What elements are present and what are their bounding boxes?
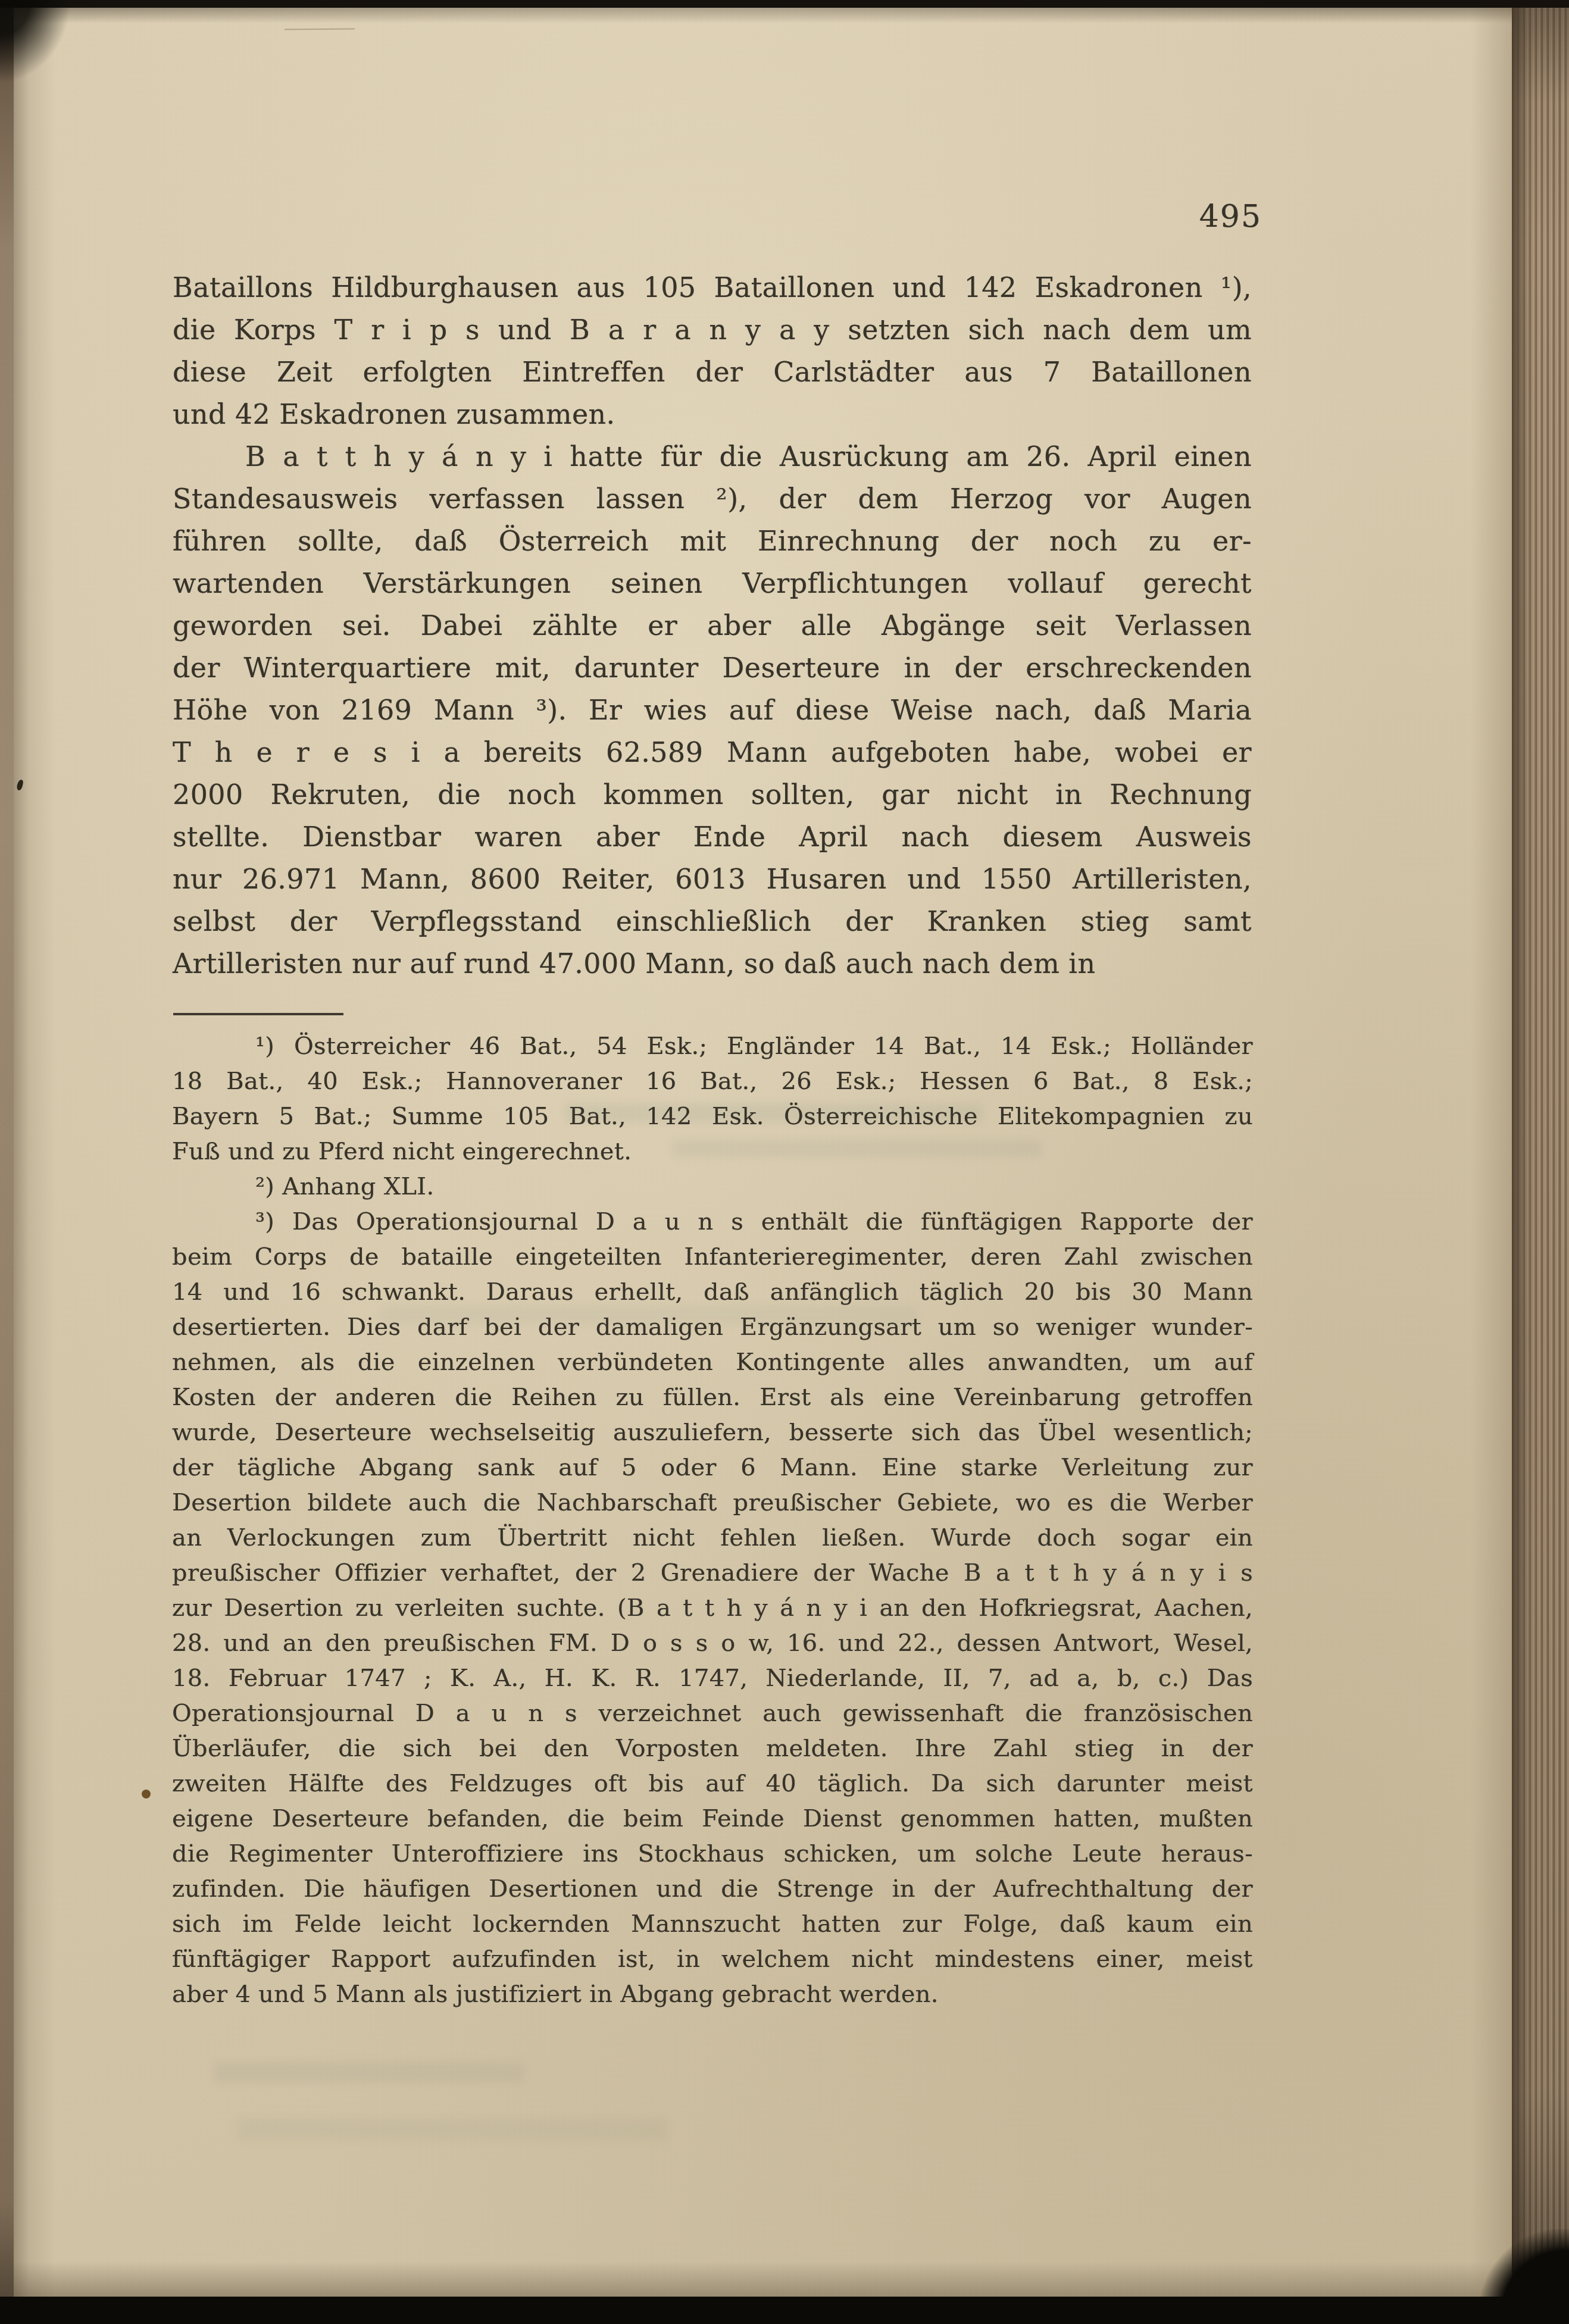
text-line: Desertion bildete auch die Nachbarschaft… [172,1485,1253,1521]
text-line: Bayern 5 Bat.; Summe 105 Bat., 142 Esk. … [172,1099,1253,1134]
scanned-book-page: 495 Bataillons Hildburghausen aus 105 Ba… [0,0,1569,2324]
scan-bottom-edge [0,2297,1569,2324]
text-line: wurde, Deserteure wechselseitig auszulie… [172,1415,1253,1450]
text-line: zur Desertion zu verleiten suchte. (B a … [172,1591,1253,1626]
text-line: B a t t h y á n y i hatte für die Ausrüc… [173,436,1252,478]
text-line: eigene Deserteure befanden, die beim Fei… [172,1801,1253,1837]
text-line: an Verlockungen zum Übertritt nicht fehl… [172,1521,1253,1556]
text-line: die Korps T r i p s und B a r a n y a y … [173,309,1252,351]
ink-showthrough [214,2062,524,2082]
scan-left-edge [0,0,14,2324]
margin-bullet-mark [142,1790,151,1798]
text-line: zweiten Hälfte des Feldzuges oft bis auf… [172,1766,1253,1801]
paragraph: B a t t h y á n y i hatte für die Ausrüc… [173,436,1252,985]
text-line: preußischer Offizier verhaftet, der 2 Gr… [172,1556,1253,1591]
text-line: die Regimenter Unteroffiziere ins Stockh… [172,1837,1253,1872]
text-line: zufinden. Die häufigen Desertionen und d… [172,1872,1253,1907]
text-line: führen sollte, daß Österreich mit Einrec… [173,520,1252,562]
text-line: nehmen, als die einzelnen verbündeten Ko… [172,1345,1253,1380]
text-line: ²) Anhang XLI. [172,1169,1253,1205]
text-line: ¹) Österreicher 46 Bat., 54 Esk.; Englän… [172,1029,1253,1064]
text-line: Höhe von 2169 Mann ³). Er wies auf diese… [173,689,1252,731]
text-line: Operationsjournal D a u n s verzeichnet … [172,1696,1253,1731]
text-line: Standesausweis verfassen lassen ²), der … [173,478,1252,520]
text-line: 2000 Rekruten, die noch kommen sollten, … [173,774,1252,816]
text-line: T h e r e s i a bereits 62.589 Mann aufg… [173,731,1252,774]
text-line: und 42 Eskadronen zusammen. [173,393,1252,436]
text-line: Kosten der anderen die Reihen zu füllen.… [172,1380,1253,1415]
footnote-1: ¹) Österreicher 46 Bat., 54 Esk.; Englän… [172,1029,1253,1169]
text-line: geworden sei. Dabei zählte er aber alle … [173,605,1252,647]
scan-corner-shadow [0,0,71,83]
text-line: aber 4 und 5 Mann als justifiziert in Ab… [172,1977,1253,2012]
text-line: nur 26.971 Mann, 8600 Reiter, 6013 Husar… [173,858,1252,900]
ink-showthrough [238,2119,667,2140]
text-line: stellte. Dienstbar waren aber Ende April… [173,816,1252,858]
paragraph: Bataillons Hildburghausen aus 105 Batail… [173,267,1252,436]
text-line: 18 Bat., 40 Esk.; Hannoveraner 16 Bat., … [172,1064,1253,1099]
text-line: beim Corps de bataille eingeteilten Infa… [172,1240,1253,1275]
text-line: ³) Das Operationsjournal D a u n s enthä… [172,1205,1253,1240]
text-line: diese Zeit erfolgten Eintreffen der Carl… [173,351,1252,393]
text-line: 28. und an den preußischen FM. D o s s o… [172,1626,1253,1661]
scan-top-edge [0,0,1569,8]
text-line: Fuß und zu Pferd nicht eingerechnet. [172,1134,1253,1169]
footnote-separator-rule [173,1013,343,1015]
page-number: 495 [1167,199,1262,234]
text-line: sich im Felde leicht lockernden Mannszuc… [172,1907,1253,1942]
text-line: wartenden Verstärkungen seinen Verpflich… [173,562,1252,605]
text-line: Artilleristen nur auf rund 47.000 Mann, … [173,943,1252,985]
body-text: Bataillons Hildburghausen aus 105 Batail… [173,267,1252,985]
text-line: desertierten. Dies darf bei der damalige… [172,1310,1253,1345]
text-line: Überläufer, die sich bei den Vorposten m… [172,1731,1253,1766]
footnote-3: ³) Das Operationsjournal D a u n s enthä… [172,1205,1253,2012]
text-line: selbst der Verpflegsstand einschließlich… [173,900,1252,943]
text-line: fünftägiger Rapport aufzufinden ist, in … [172,1942,1253,1977]
text-line: der Winterquartiere mit, darunter Desert… [173,647,1252,689]
footnote-2: ²) Anhang XLI. [172,1169,1253,1205]
text-line: Bataillons Hildburghausen aus 105 Batail… [173,267,1252,309]
text-line: 14 und 16 schwankt. Daraus erhellt, daß … [172,1275,1253,1310]
footnotes: ¹) Österreicher 46 Bat., 54 Esk.; Englän… [172,1029,1253,2012]
text-line: der tägliche Abgang sank auf 5 oder 6 Ma… [172,1450,1253,1485]
text-line: 18. Februar 1747 ; K. A., H. K. R. 1747,… [172,1661,1253,1696]
book-fore-edge [1512,8,1569,2297]
